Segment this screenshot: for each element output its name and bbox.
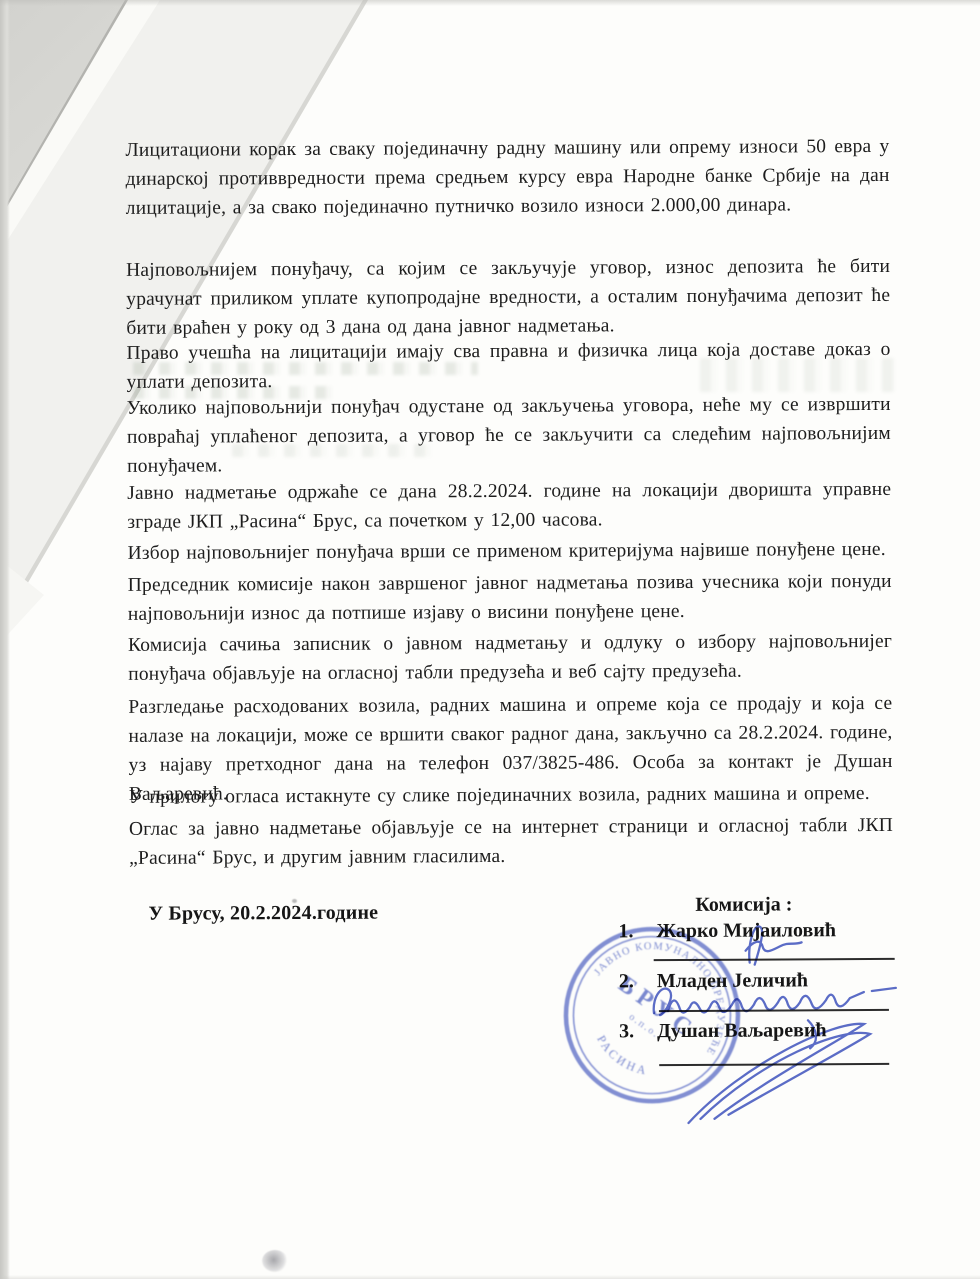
paragraph-deposit-terms: Најповољнијем понуђачу, са којим се закљ… [126,252,890,343]
date-place-line: У Брусу, 20.2.2024.године [148,902,378,926]
paragraph-auction-step: Лицитациони корак за сваку појединачну р… [125,132,889,223]
paragraph-president: Председник комисије након завршеног јавн… [128,567,892,629]
signatures-overlay [541,877,980,1179]
signature-mladen-jelicic [654,987,896,1015]
paragraph-auction-date: Јавно надметање одржаће се дана 28.2.202… [127,475,891,537]
paragraph-selection: Избор најповољнијег понуђача врши се при… [127,535,891,568]
paragraph-participation: Право учешћа на лицитацији имају сва пра… [126,335,890,397]
scanned-document-page: Лицитациони корак за сваку појединачну р… [0,0,980,1279]
paragraph-withdrawal: Уколико најповољнији понуђач одустане од… [127,390,891,481]
paragraph-publication: Оглас за јавно надметање објављује се на… [129,811,893,873]
paragraph-minutes: Комисија сачиња записник о јавном надмет… [128,627,892,689]
paragraph-photos: У прилогу огласа истакнуте су слике поје… [129,779,893,812]
signature-zarko-mijailovic [746,926,802,964]
document-content: Лицитациони корак за сваку појединачну р… [0,0,980,1279]
signature-dusan-valjarevic [688,1020,871,1123]
